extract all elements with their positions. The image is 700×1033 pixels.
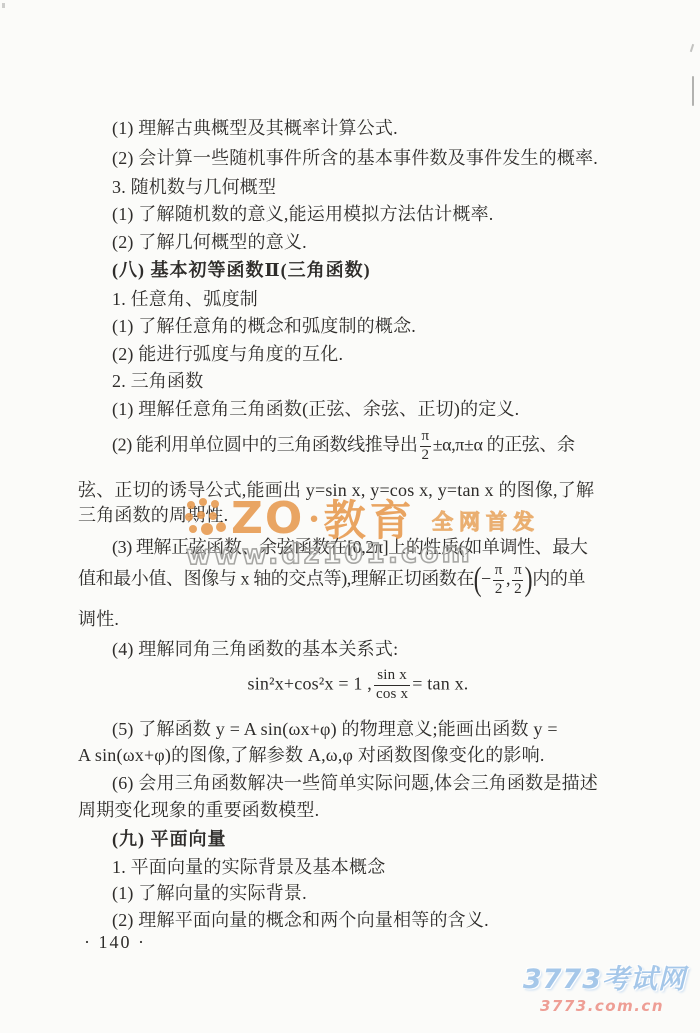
text-line: (6) 会用三角函数解决一些简单实际问题,体会三角函数是描述	[78, 771, 638, 795]
close-paren: )	[525, 566, 533, 595]
text-line: (2) 会计算一些随机事件所含的基本事件数及事件发生的概率.	[78, 146, 638, 170]
text-line: (3) 理解正弦函数、余弦函数在[0,2π]上的性质(如单调性、最大	[78, 535, 638, 559]
text-line: 3. 随机数与几何概型	[78, 175, 638, 199]
formula-left: sin²x+cos²x = 1 ,	[248, 673, 373, 693]
text-line: 弦、正切的诱导公式,能画出 y=sin x, y=cos x, y=tan x …	[78, 478, 638, 502]
site-logo-domain: 3773.com.cn	[523, 997, 686, 1015]
site-logo: 3773考试网 3773.com.cn	[523, 957, 686, 1015]
text-line: A sin(ωx+φ)的图像,了解参数 A,ω,φ 对函数图像变化的影响.	[78, 743, 638, 767]
document-page: (1) 理解古典概型及其概率计算公式. (2) 会计算一些随机事件所含的基本事件…	[0, 0, 700, 1033]
math-formula: sin²x+cos²x = 1 ,sin xcos x= tan x.	[78, 668, 638, 703]
text-line: (2) 了解几何概型的意义.	[78, 230, 638, 254]
text-line-with-fraction: 值和最小值、图像与 x 轴的交点等),理解正切函数在(−π2,π2)内的单	[78, 563, 638, 598]
scan-artifact-line	[692, 76, 694, 106]
scan-artifact-corner	[2, 3, 5, 8]
line-post-text: 内的单	[532, 568, 585, 588]
text-line: 1. 任意角、弧度制	[78, 287, 638, 311]
fraction-pi-over-2: π2	[420, 429, 431, 464]
line-post-text: ±α,π±α 的正弦、余	[433, 434, 575, 454]
fraction-sinx-over-cosx: sin xcos x	[374, 668, 410, 703]
text-line: 调性.	[78, 607, 638, 631]
line-pre-text: 值和最小值、图像与 x 轴的交点等),理解正切函数在	[78, 568, 474, 588]
section-heading: (八) 基本初等函数Ⅱ(三角函数)	[78, 258, 638, 282]
text-line: (1) 理解任意角三角函数(正弦、余弦、正切)的定义.	[78, 397, 638, 421]
section-heading: (九) 平面向量	[78, 827, 638, 851]
text-line: 三角函数的周期性.	[78, 503, 638, 527]
text-line: (2) 能进行弧度与角度的互化.	[78, 342, 638, 366]
fraction-pi-over-2: π2	[493, 563, 504, 598]
text-line: 周期变化现象的重要函数模型.	[78, 798, 638, 822]
text-line: (1) 理解古典概型及其概率计算公式.	[78, 116, 638, 140]
comma: ,	[506, 568, 510, 588]
minus-sign: −	[481, 568, 491, 588]
line-pre-text: (2) 能利用单位圆中的三角函数线推导出	[112, 434, 418, 454]
formula-right: = tan x.	[412, 673, 468, 693]
text-line: 2. 三角函数	[78, 369, 638, 393]
fraction-pi-over-2: π2	[512, 563, 523, 598]
text-line: (1) 了解随机数的意义,能运用模拟方法估计概率.	[78, 202, 638, 226]
site-logo-name: 3773考试网	[523, 957, 686, 996]
page-number: · 140 ·	[84, 932, 146, 953]
text-line: (4) 理解同角三角函数的基本关系式:	[78, 637, 638, 661]
text-line: (1) 了解向量的实际背景.	[78, 881, 638, 905]
text-line: (2) 理解平面向量的概念和两个向量相等的含义.	[78, 908, 638, 932]
text-line: 1. 平面向量的实际背景及基本概念	[78, 855, 638, 879]
open-paren: (	[474, 566, 482, 595]
text-line-with-fraction: (2) 能利用单位圆中的三角函数线推导出π2±α,π±α 的正弦、余	[78, 429, 638, 464]
text-line: (5) 了解函数 y = A sin(ωx+φ) 的物理意义;能画出函数 y =	[78, 717, 638, 741]
text-line: (1) 了解任意角的概念和弧度制的概念.	[78, 314, 638, 338]
scan-artifact-tick	[690, 44, 694, 52]
